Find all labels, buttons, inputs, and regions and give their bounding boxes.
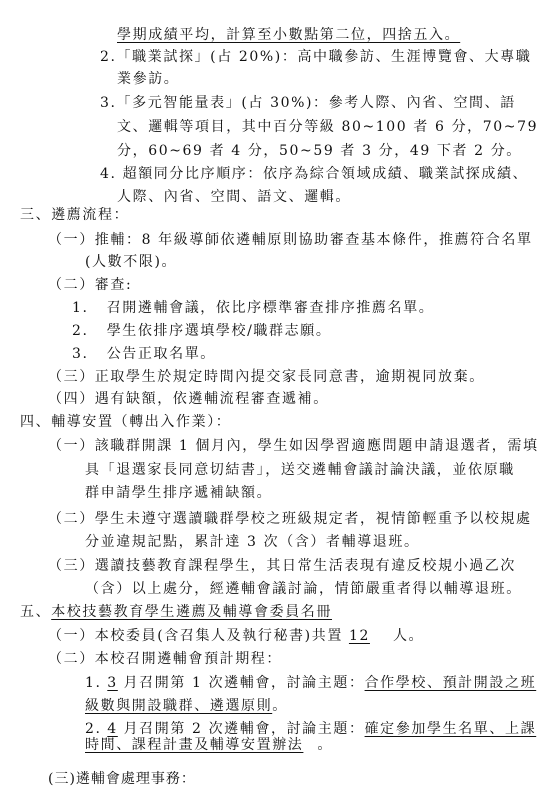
section-4-heading: 四、輔導安置（轉出入作業）：	[20, 413, 231, 431]
criterion-2-career-exploration: 2.「職業試探」(占 20%)：高中職參訪、生涯博覽會、大專職	[100, 48, 531, 66]
meeting-1-desc: 月召開第 1 次遴輔會，討論主題：	[124, 675, 365, 691]
section-5-title: 本校技藝教育學生遴薦及輔導會委員名冊	[51, 604, 332, 620]
section-4-item-3-continued: （含）以上處分，經遴輔會議討論，情節嚴重者得以輔導退班。	[85, 580, 522, 598]
meeting-1-month: 3	[102, 674, 124, 692]
meeting-2-topic-a: 確定參加學生名單、上課	[365, 721, 537, 737]
meeting-2-topic-b: 時間、課程計畫及輔導安置辦法	[85, 737, 317, 753]
section-4-item-2-continued: 分並違規記點，累計達 3 次（含）者輔導退班。	[85, 533, 420, 551]
members-count-unit: 人。	[393, 628, 424, 644]
section-3-item-1-continued: (人數不限)。	[85, 253, 177, 271]
section-3-heading: 三、遴薦流程：	[20, 206, 129, 224]
section-3-item-2: （二）審查:	[48, 276, 132, 294]
section-3-item-3: （三）正取學生於規定時間內提交家長同意書，逾期視同放棄。	[48, 368, 485, 386]
review-step-2: 2. 學生依排序選填學校/職群志願。	[72, 322, 331, 340]
criterion-3-multiple-intelligence: 3.「多元智能量表」(占 30%)：參考人際、內省、空間、語	[100, 94, 516, 112]
criterion-3-continued-a: 文、邏輯等項目，其中百分等級 80~100 者 6 分，70~79 者 5	[117, 118, 538, 136]
section-5-heading: 五、本校技藝教育學生遴薦及輔導會委員名冊	[20, 603, 332, 621]
meeting-1-end: 。	[272, 698, 288, 714]
meeting-1-line-continued: 級數與開設職群、遴選原則。	[85, 697, 288, 715]
criterion-4-tiebreak: 4. 超額同分比序順序：依序為綜合領域成績、職業試探成績、	[100, 165, 528, 183]
section-4-item-3: （三）選讀技藝教育課程學生，其日常生活表現有違反校規小過乙次	[48, 557, 516, 575]
section-4-item-2: （二）學生未遵守選讀職群學校之班級規定者，視情節輕重予以校規處	[48, 510, 532, 528]
affairs-title: (三)遴輔會處理事務：	[48, 770, 196, 788]
members-count-line: （一）本校委員(含召集人及執行秘書)共置12人。	[48, 627, 424, 645]
meeting-2-end: 。	[317, 737, 333, 753]
meeting-1-topic-b: 級數與開設職群、遴選原則	[85, 698, 272, 714]
meeting-1-number: 1.	[85, 675, 102, 691]
section-4-item-1-continued-b: 群申請學生排序遞補缺額。	[85, 484, 272, 502]
meeting-1-line: 1.3月召開第 1 次遴輔會，討論主題：合作學校、預計開設之班	[85, 674, 536, 692]
meeting-2-line-continued: 時間、課程計畫及輔導安置辦法。	[85, 736, 333, 754]
section-5-number: 五、	[20, 604, 51, 620]
section-3-item-4: （四）遇有缺額，依遴輔流程審查遞補。	[48, 390, 329, 408]
section-4-item-1-continued-a: 具「退選家長同意切結書」，送交遴輔會議討論決議，並依原職	[85, 461, 515, 479]
document-page: 學期成績平均，計算至小數點第二位，四捨五入。 2.「職業試探」(占 20%)：高…	[0, 0, 538, 799]
criterion-3-continued-b: 分，60~69 者 4 分，50~59 者 3 分，49 下者 2 分。	[117, 142, 522, 160]
schedule-title: （二）本校召開遴輔會預計期程：	[48, 650, 282, 668]
criterion-2-continued: 業參訪。	[117, 70, 179, 88]
review-step-3: 3. 公告正取名單。	[72, 345, 216, 363]
criterion-4-continued: 人際、內省、空間、語文、邏輯。	[117, 188, 351, 206]
section-4-item-1: （一）該職群開課 1 個月內，學生如因學習適應問題申請退選者，需填	[48, 437, 538, 455]
members-count-label: （一）本校委員(含召集人及執行秘書)共置	[48, 628, 343, 644]
meeting-2-desc: 月召開第 2 次遴輔會，討論主題：	[124, 721, 365, 737]
members-count-value: 12	[343, 627, 393, 645]
review-step-1: 1. 召開遴輔會議，依比序標準審查排序推薦名單。	[72, 299, 434, 317]
text-line-grade-average: 學期成績平均，計算至小數點第二位，四捨五入。	[117, 26, 460, 44]
meeting-2-number: 2.	[85, 721, 102, 737]
meeting-1-topic-a: 合作學校、預計開設之班	[365, 675, 537, 691]
section-3-item-1: （一）推輔：8 年級導師依遴輔原則協助審查基本條件，推薦符合名單	[48, 231, 533, 249]
